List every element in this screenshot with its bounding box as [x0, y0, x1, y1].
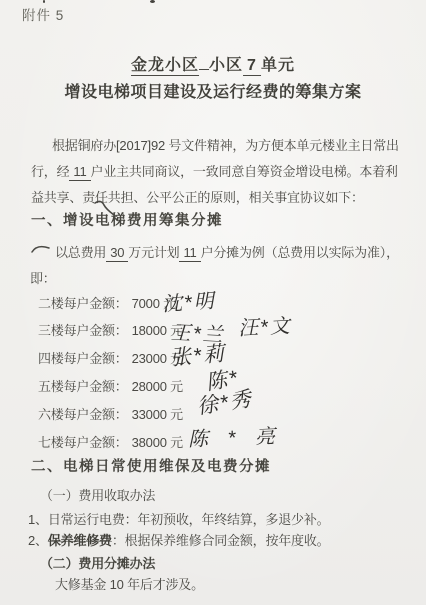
cost-example-line: 以总费用30万元计划11户分摊为例（总费用以实际为准），	[55, 245, 399, 261]
fee-label: 六楼每户金额：	[38, 407, 128, 422]
handwritten-tick-mark	[31, 243, 51, 255]
fee-amount: 38000 元	[132, 435, 183, 450]
attachment-label: 附件 5	[22, 8, 64, 24]
fee-label: 四楼每户金额：	[38, 351, 128, 366]
block-label: 小区	[209, 57, 243, 74]
paper-speck	[150, 0, 155, 3]
fee-amount: 28000 元	[132, 379, 183, 394]
paper-speck	[43, 0, 45, 3]
repair-fund-note: 大修基金 10 年后才涉及。	[55, 577, 204, 593]
blank-underline	[199, 57, 209, 70]
unit-number: 7	[243, 57, 261, 76]
example-pre: 以总费用	[55, 245, 106, 260]
fee-label: 三楼每户金额：	[38, 323, 128, 338]
intro-line1: 根据铜府办[2017]92 号文件精神，为方便本单元楼业主日常出	[52, 138, 399, 154]
intro-line3: 益共享、责任共担、公平公正的原则，相关事宜协议如下：	[31, 190, 364, 206]
fee-label: 二楼每户金额：	[38, 296, 128, 311]
handwritten-signature: 徐*秀	[195, 382, 255, 420]
section1-heading: 一、增设电梯费用筹集分摊	[31, 213, 223, 229]
households-count: 11	[69, 164, 90, 181]
document-title-line1: 金龙小区小区7单元	[131, 57, 295, 74]
item2-term: 保养维修费	[48, 533, 112, 548]
intro-line2-pre: 行，经	[31, 164, 69, 179]
fee-row-floor7: 七楼每户金额：38000 元	[38, 435, 183, 451]
households-value: 11	[179, 245, 200, 262]
section2-item2: 2、保养维修费：根据保养维修合同金额，按年度收。	[28, 533, 329, 549]
fee-amount: 33000 元	[132, 407, 183, 422]
unit-label: 单元	[261, 57, 295, 74]
example-post: 户分摊为例（总费用以实际为准），	[201, 245, 399, 260]
example-mid: 万元计划	[128, 245, 179, 260]
total-cost-value: 30	[106, 245, 128, 262]
handwritten-signature: 汪*文	[237, 309, 292, 341]
section2-sub2: （二）费用分摊办法	[40, 556, 155, 572]
intro-line2-post: 户业主共同商议，一致同意自筹资金增设电梯。本着利	[91, 164, 398, 179]
fee-row-floor5: 五楼每户金额：28000 元	[38, 379, 183, 395]
section2-heading: 二、电梯日常使用维保及电费分摊	[31, 459, 271, 475]
fee-row-floor6: 六楼每户金额：33000 元	[38, 407, 183, 423]
scanned-document-page: 附件 5 金龙小区小区7单元 增设电梯项目建设及运行经费的筹集方案 根据铜府办[…	[0, 0, 426, 605]
handwritten-signature: 陈 * 亮	[187, 420, 282, 452]
item2-prefix: 2、	[28, 533, 48, 548]
section2-sub1: （一）费用收取办法	[40, 488, 155, 504]
intro-line2: 行，经11户业主共同商议，一致同意自筹资金增设电梯。本着利	[31, 164, 398, 180]
fee-row-floor4: 四楼每户金额：23000 元	[38, 351, 183, 367]
fee-row-floor3: 三楼每户金额：18000 元	[38, 323, 183, 339]
document-title-line2: 增设电梯项目建设及运行经费的筹集方案	[64, 85, 361, 101]
community-name: 金龙小区	[131, 57, 199, 76]
section2-item1: 1、日常运行电费：年初预收，年终结算，多退少补。	[28, 512, 329, 528]
namely-label: 即：	[30, 271, 56, 287]
fee-label: 七楼每户金额：	[38, 435, 128, 450]
item2-rest: ：根据保养维修合同金额，按年度收。	[112, 533, 330, 548]
fee-row-floor2: 二楼每户金额：7000 元	[38, 296, 176, 312]
fee-label: 五楼每户金额：	[38, 379, 128, 394]
handwritten-signature: 沈*明	[161, 284, 217, 317]
